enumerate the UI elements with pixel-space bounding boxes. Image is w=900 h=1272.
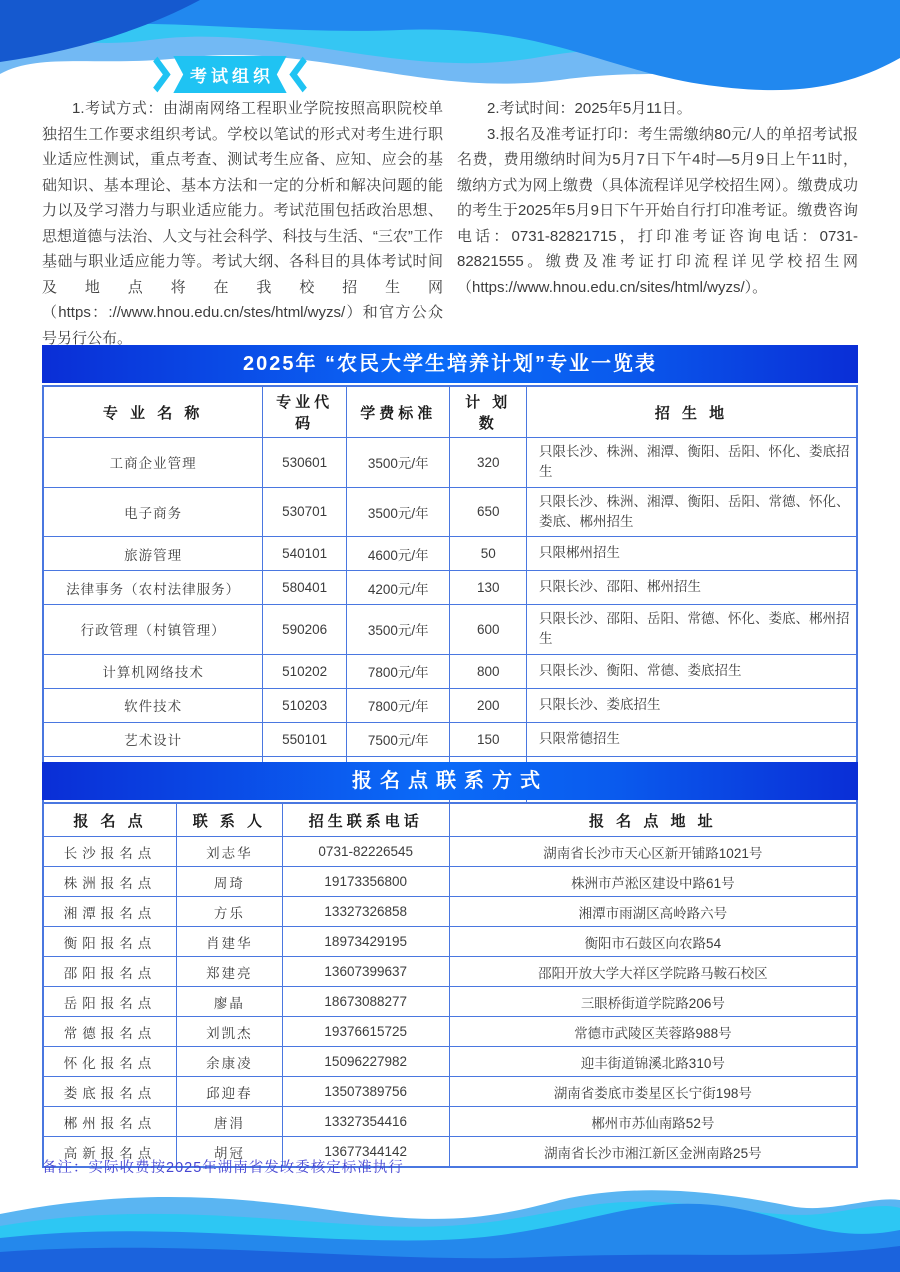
major-name-cell: 行政管理（村镇管理） bbox=[43, 605, 263, 655]
tuition-cell: 3500元/年 bbox=[347, 438, 450, 488]
contacts-table-section: 报名点联系方式 报 名 点 联 系 人 招生联系电话 报 名 点 地 址 长沙报… bbox=[42, 762, 858, 1168]
contacts-header-row: 报 名 点 联 系 人 招生联系电话 报 名 点 地 址 bbox=[43, 803, 857, 837]
point-cell: 郴州报名点 bbox=[43, 1107, 176, 1137]
header-plan-count: 计 划 数 bbox=[450, 386, 527, 438]
major-code-cell: 510203 bbox=[263, 688, 347, 722]
tuition-cell: 7800元/年 bbox=[347, 688, 450, 722]
major-code-cell: 550101 bbox=[263, 722, 347, 756]
tuition-cell: 4600元/年 bbox=[347, 537, 450, 571]
header-person: 联 系 人 bbox=[176, 803, 282, 837]
address-cell: 湖南省长沙市天心区新开铺路1021号 bbox=[449, 837, 857, 867]
table-row: 常德报名点 刘凯杰 19376615725 常德市武陵区芙蓉路988号 bbox=[43, 1017, 857, 1047]
table-row: 郴州报名点 唐涓 13327354416 郴州市苏仙南路52号 bbox=[43, 1107, 857, 1137]
table-row: 旅游管理 540101 4600元/年 50 只限郴州招生 bbox=[43, 537, 857, 571]
table-row: 艺术设计 550101 7500元/年 150 只限常德招生 bbox=[43, 722, 857, 756]
major-code-cell: 530701 bbox=[263, 487, 347, 537]
point-cell: 衡阳报名点 bbox=[43, 927, 176, 957]
address-cell: 株洲市芦淞区建设中路61号 bbox=[449, 867, 857, 897]
plan-count-cell: 50 bbox=[450, 537, 527, 571]
major-name-cell: 艺术设计 bbox=[43, 722, 263, 756]
footer-note: 备注：实际收费按2025年湖南省发改委核定标准执行 bbox=[42, 1156, 404, 1177]
address-cell: 湘潭市雨湖区高岭路六号 bbox=[449, 897, 857, 927]
plan-count-cell: 150 bbox=[450, 722, 527, 756]
intro-section: 1.考试方式：由湖南网络工程职业学院按照高职院校单独招生工作要求组织考试。学校以… bbox=[42, 96, 858, 351]
contacts-table-title: 报名点联系方式 bbox=[42, 762, 858, 800]
major-code-cell: 590206 bbox=[263, 605, 347, 655]
region-cell: 只限长沙、邵阳、岳阳、常德、怀化、娄底、郴州招生 bbox=[526, 605, 857, 655]
header-phone: 招生联系电话 bbox=[282, 803, 449, 837]
table-row: 湘潭报名点 方乐 13327326858 湘潭市雨湖区高岭路六号 bbox=[43, 897, 857, 927]
region-cell: 只限长沙、衡阳、常德、娄底招生 bbox=[526, 654, 857, 688]
major-name-cell: 工商企业管理 bbox=[43, 438, 263, 488]
phone-cell: 13327326858 bbox=[282, 897, 449, 927]
majors-table-title: 2025年 “农民大学生培养计划”专业一览表 bbox=[42, 345, 858, 383]
header-major-code: 专业代码 bbox=[263, 386, 347, 438]
phone-cell: 18973429195 bbox=[282, 927, 449, 957]
point-cell: 长沙报名点 bbox=[43, 837, 176, 867]
major-code-cell: 580401 bbox=[263, 571, 347, 605]
table-row: 工商企业管理 530601 3500元/年 320 只限长沙、株洲、湘潭、衡阳、… bbox=[43, 438, 857, 488]
point-cell: 岳阳报名点 bbox=[43, 987, 176, 1017]
page: 考试组织 1.考试方式：由湖南网络工程职业学院按照高职院校单独招生工作要求组织考… bbox=[0, 0, 900, 1272]
point-cell: 株洲报名点 bbox=[43, 867, 176, 897]
address-cell: 邵阳开放大学大祥区学院路马鞍石校区 bbox=[449, 957, 857, 987]
region-cell: 只限长沙、邵阳、郴州招生 bbox=[526, 571, 857, 605]
address-cell: 衡阳市石鼓区向农路54 bbox=[449, 927, 857, 957]
major-code-cell: 510202 bbox=[263, 654, 347, 688]
contacts-table: 报 名 点 联 系 人 招生联系电话 报 名 点 地 址 长沙报名点 刘志华 0… bbox=[42, 802, 858, 1168]
person-cell: 郑建亮 bbox=[176, 957, 282, 987]
person-cell: 廖晶 bbox=[176, 987, 282, 1017]
majors-table-section: 2025年 “农民大学生培养计划”专业一览表 专 业 名 称 专业代码 学费标准… bbox=[42, 345, 858, 829]
plan-count-cell: 320 bbox=[450, 438, 527, 488]
table-row: 衡阳报名点 肖建华 18973429195 衡阳市石鼓区向农路54 bbox=[43, 927, 857, 957]
address-cell: 湖南省娄底市娄星区长宁街198号 bbox=[449, 1077, 857, 1107]
major-name-cell: 旅游管理 bbox=[43, 537, 263, 571]
person-cell: 余康凌 bbox=[176, 1047, 282, 1077]
intro-left-column: 1.考试方式：由湖南网络工程职业学院按照高职院校单独招生工作要求组织考试。学校以… bbox=[42, 96, 443, 351]
person-cell: 肖建华 bbox=[176, 927, 282, 957]
major-name-cell: 计算机网络技术 bbox=[43, 654, 263, 688]
point-cell: 邵阳报名点 bbox=[43, 957, 176, 987]
point-cell: 娄底报名点 bbox=[43, 1077, 176, 1107]
exam-time-paragraph: 2.考试时间：2025年5月11日。 bbox=[457, 96, 858, 122]
tuition-cell: 7800元/年 bbox=[347, 654, 450, 688]
major-code-cell: 540101 bbox=[263, 537, 347, 571]
phone-cell: 18673088277 bbox=[282, 987, 449, 1017]
address-cell: 湖南省长沙市湘江新区金洲南路25号 bbox=[449, 1137, 857, 1168]
plan-count-cell: 600 bbox=[450, 605, 527, 655]
plan-count-cell: 650 bbox=[450, 487, 527, 537]
tuition-cell: 3500元/年 bbox=[347, 605, 450, 655]
plan-count-cell: 800 bbox=[450, 654, 527, 688]
major-name-cell: 软件技术 bbox=[43, 688, 263, 722]
table-row: 娄底报名点 邱迎春 13507389756 湖南省娄底市娄星区长宁街198号 bbox=[43, 1077, 857, 1107]
region-cell: 只限长沙、娄底招生 bbox=[526, 688, 857, 722]
major-code-cell: 530601 bbox=[263, 438, 347, 488]
section-title: 考试组织 bbox=[152, 56, 308, 93]
table-row: 邵阳报名点 郑建亮 13607399637 邵阳开放大学大祥区学院路马鞍石校区 bbox=[43, 957, 857, 987]
bottom-wave-decoration bbox=[0, 1186, 900, 1272]
table-row: 法律事务（农村法律服务） 580401 4200元/年 130 只限长沙、邵阳、… bbox=[43, 571, 857, 605]
person-cell: 唐涓 bbox=[176, 1107, 282, 1137]
phone-cell: 0731-82226545 bbox=[282, 837, 449, 867]
header-point: 报 名 点 bbox=[43, 803, 176, 837]
table-row: 长沙报名点 刘志华 0731-82226545 湖南省长沙市天心区新开铺路102… bbox=[43, 837, 857, 867]
major-name-cell: 法律事务（农村法律服务） bbox=[43, 571, 263, 605]
tuition-cell: 7500元/年 bbox=[347, 722, 450, 756]
table-row: 岳阳报名点 廖晶 18673088277 三眼桥街道学院路206号 bbox=[43, 987, 857, 1017]
registration-payment-paragraph: 3.报名及准考证打印：考生需缴纳80元/人的单招考试报名费，费用缴纳时间为5月7… bbox=[457, 122, 858, 301]
region-cell: 只限长沙、株洲、湘潭、衡阳、岳阳、怀化、娄底招生 bbox=[526, 438, 857, 488]
person-cell: 方乐 bbox=[176, 897, 282, 927]
address-cell: 迎丰街道锦溪北路310号 bbox=[449, 1047, 857, 1077]
point-cell: 怀化报名点 bbox=[43, 1047, 176, 1077]
region-cell: 只限长沙、株洲、湘潭、衡阳、岳阳、常德、怀化、娄底、郴州招生 bbox=[526, 487, 857, 537]
major-name-cell: 电子商务 bbox=[43, 487, 263, 537]
point-cell: 常德报名点 bbox=[43, 1017, 176, 1047]
header-region: 招 生 地 bbox=[526, 386, 857, 438]
table-row: 电子商务 530701 3500元/年 650 只限长沙、株洲、湘潭、衡阳、岳阳… bbox=[43, 487, 857, 537]
phone-cell: 13507389756 bbox=[282, 1077, 449, 1107]
address-cell: 常德市武陵区芙蓉路988号 bbox=[449, 1017, 857, 1047]
majors-header-row: 专 业 名 称 专业代码 学费标准 计 划 数 招 生 地 bbox=[43, 386, 857, 438]
top-wave-decoration bbox=[0, 0, 900, 106]
table-row: 行政管理（村镇管理） 590206 3500元/年 600 只限长沙、邵阳、岳阳… bbox=[43, 605, 857, 655]
header-address: 报 名 点 地 址 bbox=[449, 803, 857, 837]
region-cell: 只限常德招生 bbox=[526, 722, 857, 756]
exam-method-paragraph: 1.考试方式：由湖南网络工程职业学院按照高职院校单独招生工作要求组织考试。学校以… bbox=[42, 96, 443, 351]
header-tuition: 学费标准 bbox=[347, 386, 450, 438]
phone-cell: 13327354416 bbox=[282, 1107, 449, 1137]
tuition-cell: 4200元/年 bbox=[347, 571, 450, 605]
address-cell: 三眼桥街道学院路206号 bbox=[449, 987, 857, 1017]
intro-right-column: 2.考试时间：2025年5月11日。 3.报名及准考证打印：考生需缴纳80元/人… bbox=[457, 96, 858, 351]
address-cell: 郴州市苏仙南路52号 bbox=[449, 1107, 857, 1137]
person-cell: 邱迎春 bbox=[176, 1077, 282, 1107]
table-row: 软件技术 510203 7800元/年 200 只限长沙、娄底招生 bbox=[43, 688, 857, 722]
person-cell: 周琦 bbox=[176, 867, 282, 897]
phone-cell: 19173356800 bbox=[282, 867, 449, 897]
header-major-name: 专 业 名 称 bbox=[43, 386, 263, 438]
phone-cell: 19376615725 bbox=[282, 1017, 449, 1047]
table-row: 怀化报名点 余康凌 15096227982 迎丰街道锦溪北路310号 bbox=[43, 1047, 857, 1077]
section-badge-exam-organization: 考试组织 bbox=[152, 56, 308, 93]
person-cell: 刘志华 bbox=[176, 837, 282, 867]
table-row: 株洲报名点 周琦 19173356800 株洲市芦淞区建设中路61号 bbox=[43, 867, 857, 897]
region-cell: 只限郴州招生 bbox=[526, 537, 857, 571]
table-row: 计算机网络技术 510202 7800元/年 800 只限长沙、衡阳、常德、娄底… bbox=[43, 654, 857, 688]
point-cell: 湘潭报名点 bbox=[43, 897, 176, 927]
phone-cell: 13607399637 bbox=[282, 957, 449, 987]
plan-count-cell: 130 bbox=[450, 571, 527, 605]
plan-count-cell: 200 bbox=[450, 688, 527, 722]
phone-cell: 15096227982 bbox=[282, 1047, 449, 1077]
person-cell: 刘凯杰 bbox=[176, 1017, 282, 1047]
tuition-cell: 3500元/年 bbox=[347, 487, 450, 537]
